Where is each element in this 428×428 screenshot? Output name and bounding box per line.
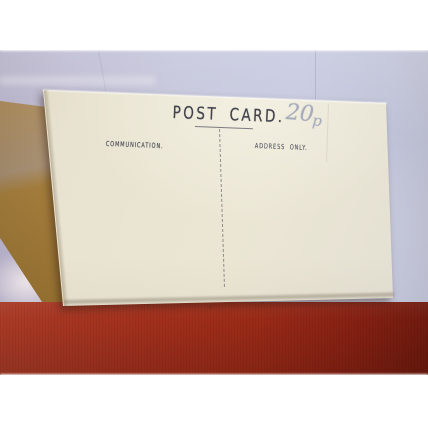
postcard: POST CARD. 20p COMMUNICATION. ADDRESS ON… <box>0 0 428 428</box>
postcard-surface <box>0 0 428 428</box>
price-value: 20 <box>285 100 315 127</box>
card-speck <box>262 302 264 304</box>
card-speck <box>209 306 211 308</box>
postcard-title: POST CARD. <box>172 103 285 127</box>
letterbox-top <box>0 0 428 50</box>
photo-of-postcard: POST CARD. 20p COMMUNICATION. ADDRESS ON… <box>0 0 428 428</box>
card-speck <box>147 304 149 306</box>
price-annotation-20p: 20p <box>285 100 325 128</box>
letterbox-bottom <box>0 375 428 428</box>
price-unit: p <box>312 111 323 130</box>
